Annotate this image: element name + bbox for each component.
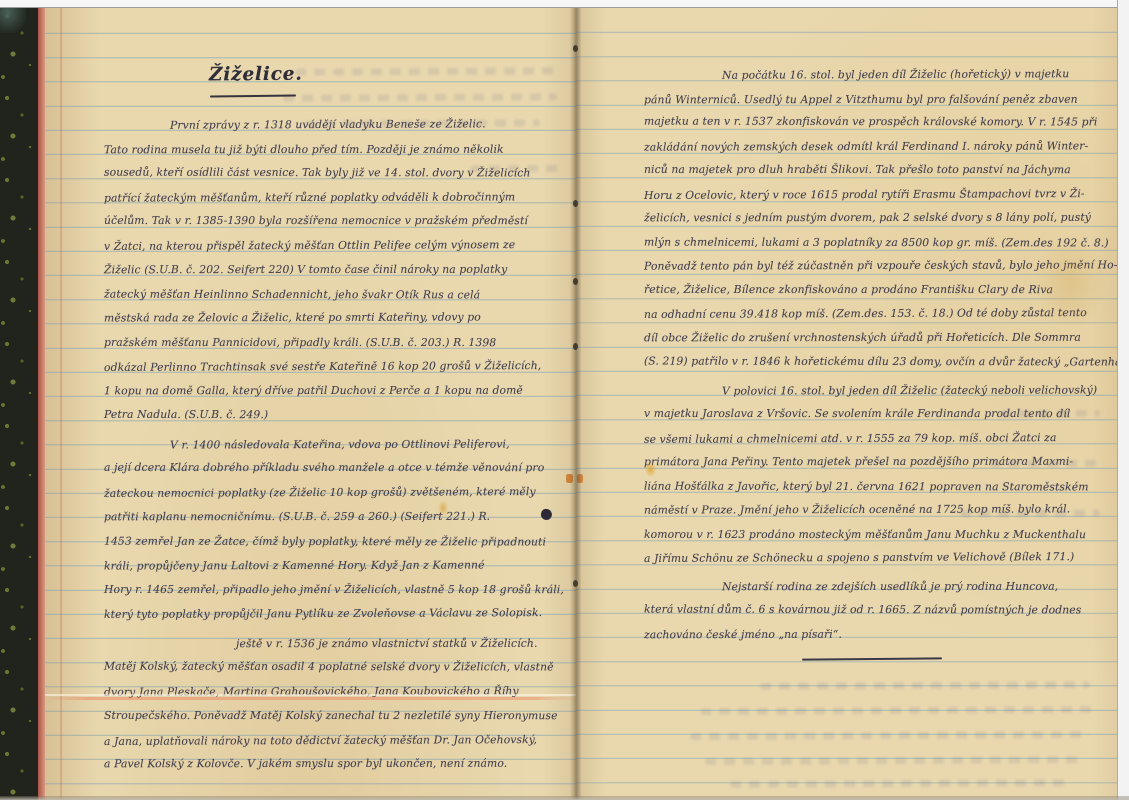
handwritten-line: řetice, Žiželice, Bílence zkonfiskováno … bbox=[644, 283, 1053, 296]
handwritten-line: městská rada ze Želovic a Žiželic, které… bbox=[104, 311, 481, 325]
handwritten-line: 1453 zemřel Jan ze Žatce, čímž byly popl… bbox=[104, 534, 546, 548]
handwritten-line: niců na majetek pro dluh hraběti Šlikovi… bbox=[644, 163, 1071, 176]
handwritten-line: účelům. Tak v r. 1385-1390 byla rozšířen… bbox=[104, 214, 528, 227]
scan-border-top bbox=[0, 0, 1129, 8]
handwritten-line: a její dcera Klára dobrého příkladu svéh… bbox=[104, 461, 544, 474]
handwritten-line: Horu z Ocelovic, který v roce 1615 proda… bbox=[644, 187, 1085, 202]
handwritten-line: patřiti kaplanu nemocničnímu. (S.U.B. č.… bbox=[104, 509, 490, 522]
stitch-dot bbox=[573, 45, 578, 52]
paper-stain-drop bbox=[645, 462, 656, 477]
handwritten-line: liána Hošťálka z Javořic, který byl 21. … bbox=[644, 479, 1089, 493]
handwritten-line: v Žatci, na kterou přispěl žatecký měšťa… bbox=[104, 238, 515, 253]
bleed-through-ghost-text bbox=[960, 510, 1100, 518]
handwritten-line: Hory r. 1465 zemřel, připadlo jeho jmění… bbox=[104, 583, 564, 596]
handwritten-line: žateckou nemocnici poplatky (ze Žiželic … bbox=[104, 485, 536, 500]
handwritten-line: zachováno české jméno „na písaři“. bbox=[644, 628, 842, 642]
bleed-through-ghost-text bbox=[1000, 410, 1100, 418]
handwritten-line: Tato rodina musela tu již býti dlouho př… bbox=[104, 143, 504, 156]
handwritten-line: pánů Winterniců. Usedlý tu Appel z Vitzt… bbox=[644, 92, 1078, 106]
handwritten-line: žatecký měšťan Heinlinno Schadennicht, j… bbox=[104, 288, 480, 302]
handwritten-line: želicích, vesnici s jedním pustým dvorem… bbox=[644, 211, 1091, 225]
handwritten-line: ještě v r. 1536 je známo vlastnictví sta… bbox=[236, 636, 538, 649]
bleed-through-ghost-text bbox=[295, 67, 557, 75]
handwritten-line: díl obce Žiželic do zrušení vrchnostensk… bbox=[644, 331, 1081, 345]
scan-border-bottom bbox=[0, 796, 1129, 800]
book-scan: První zprávy z r. 1318 uvádějí vladyku B… bbox=[0, 0, 1129, 800]
handwritten-line: majetku a ten v r. 1537 zkonfiskován ve … bbox=[644, 115, 1097, 129]
bleed-through-ghost-text bbox=[990, 460, 1102, 468]
bleed-through-ghost-text bbox=[470, 165, 560, 172]
discolored-pink-rule bbox=[45, 697, 576, 700]
page-edge-secondary-line bbox=[60, 7, 62, 800]
handwritten-line: králi, propůjčeny Janu Laltovi z Kamenné… bbox=[104, 558, 485, 572]
cover-corner-patch bbox=[0, 7, 26, 33]
handwritten-line: patřící žateckým měšťanům, kteří různé p… bbox=[104, 190, 515, 204]
handwritten-line: Stroupečského. Poněvadž Matěj Kolský zan… bbox=[104, 709, 558, 722]
handwritten-line: pražském měšťanu Pannicidovi, připadly k… bbox=[104, 336, 496, 349]
handwritten-line: Nejstarší rodina ze zdejších usedlíků je… bbox=[722, 580, 1058, 593]
page-title: Žiželice. bbox=[209, 64, 303, 86]
page-block-red-edge bbox=[38, 7, 45, 800]
handwritten-line: odkázal Perlinno Trachtinsak své sestře … bbox=[104, 359, 541, 374]
paper-stain-drop bbox=[438, 500, 448, 516]
book-cover-marbled bbox=[0, 7, 38, 800]
handwritten-line: sousedů, kteří osídlili část vesnice. Ta… bbox=[104, 166, 530, 180]
scan-border-right bbox=[1117, 0, 1129, 800]
handwritten-line: zakládání nových zemských desek odmítl k… bbox=[644, 139, 1088, 153]
handwritten-line: a Jana, uplatňovali nároky na toto dědic… bbox=[104, 733, 537, 748]
handwritten-line: V r. 1400 následovala Kateřina, vdova po… bbox=[170, 438, 510, 452]
handwritten-line: která vlastní dům č. 6 s kovárnou již od… bbox=[644, 603, 1081, 617]
handwritten-line: (S. 219) patřilo v r. 1846 k hořetickému… bbox=[644, 354, 1129, 368]
paper-stain bbox=[1035, 235, 1107, 330]
handwritten-line: který tyto poplatky propůjčil Janu Pytlí… bbox=[104, 606, 542, 621]
stitch-dot bbox=[573, 580, 578, 587]
bleed-through-ghost-text bbox=[283, 93, 557, 101]
stitch-dot bbox=[573, 200, 578, 207]
handwritten-line: na odhadní cenu 39.418 kop míš. (Zem.des… bbox=[644, 306, 1087, 321]
center-gutter-crease bbox=[570, 7, 581, 800]
stitch-dot bbox=[573, 343, 578, 350]
handwritten-line: komorou v r. 1623 prodáno mosteckým měšť… bbox=[644, 528, 1086, 541]
stitch-dot bbox=[573, 278, 578, 285]
handwritten-line: Petra Nadula. (S.U.B. č. 249.) bbox=[104, 408, 268, 421]
handwritten-line: Na počátku 16. stol. byl jeden díl Žižel… bbox=[722, 67, 1069, 82]
handwritten-line: mlýn s chmelnicemi, lukami a 3 poplatník… bbox=[644, 235, 1109, 249]
handwritten-line: a Pavel Kolský z Kolovče. V jakém smyslu… bbox=[104, 757, 507, 770]
handwritten-line: V polovici 16. stol. byl jeden díl Žižel… bbox=[722, 384, 1097, 398]
bleed-through-ghost-text bbox=[305, 119, 540, 127]
handwritten-line: Matěj Kolský, žatecký měšťan osadil 4 po… bbox=[104, 659, 554, 673]
discolored-rule-highlight bbox=[45, 694, 576, 696]
handwritten-line: se všemi lukami a chmelnicemi atd. v r. … bbox=[644, 431, 1057, 446]
handwritten-line: Žiželic (S.U.B. č. 202. Seifert 220) V t… bbox=[104, 263, 507, 276]
handwritten-line: 1 kopu na domě Galla, který dříve patřil… bbox=[104, 384, 523, 398]
handwritten-line: a Jiřímu Schönu ze Schönecku a spojeno s… bbox=[644, 550, 1074, 565]
